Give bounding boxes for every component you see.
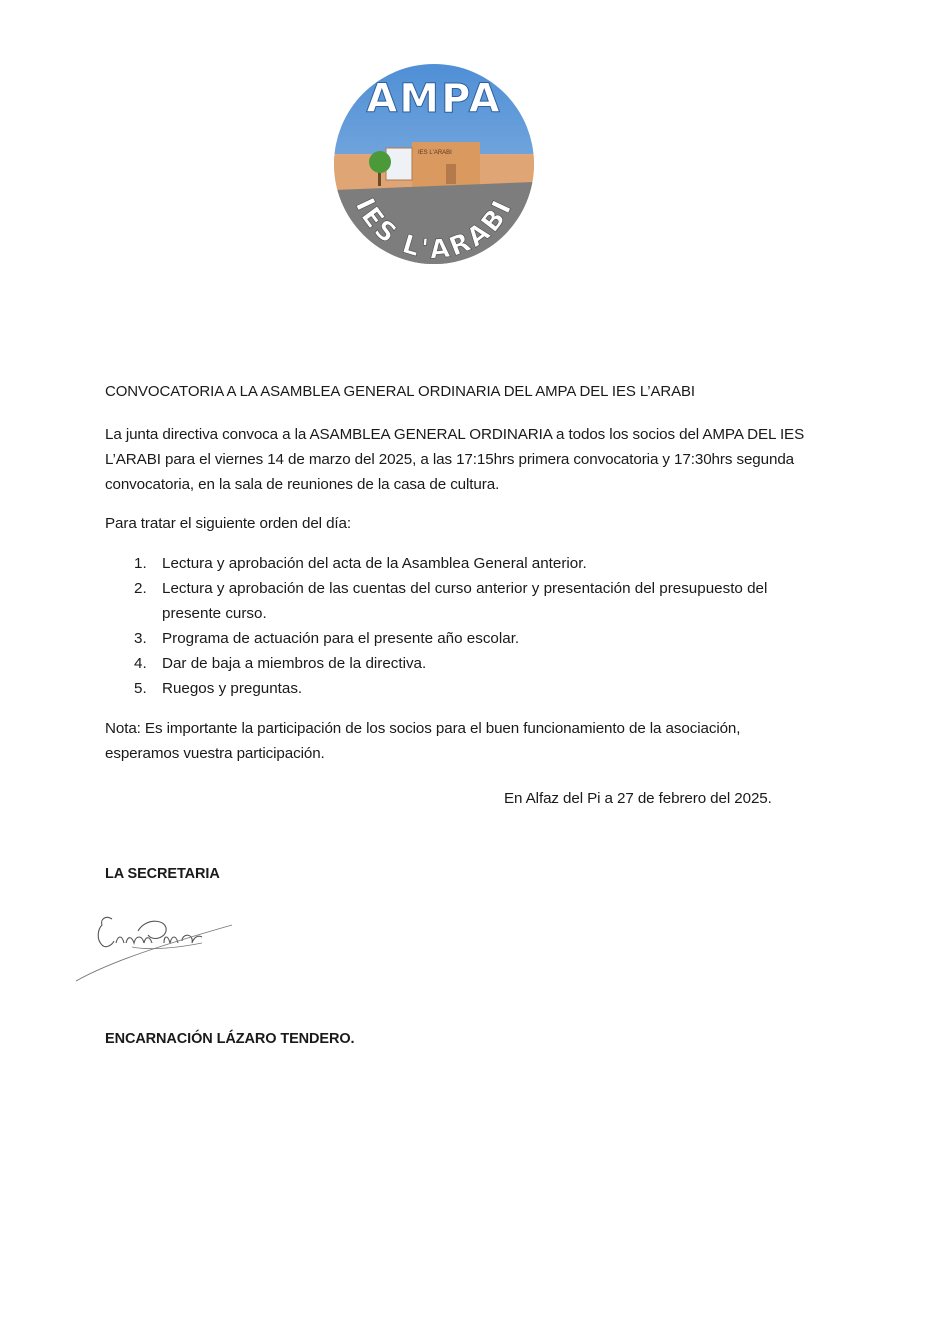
agenda-item: 4. Dar de baja a miembros de la directiv… <box>134 651 802 676</box>
logo-title: AMPA <box>366 76 501 122</box>
agenda-list: 1. Lectura y aprobación del acta de la A… <box>134 551 802 701</box>
agenda-item-text: Lectura y aprobación del acta de la Asam… <box>162 551 802 576</box>
school-building-illustration: IES L'ARABI AMPA IES L'ARABI <box>334 64 534 264</box>
intro-paragraph: La junta directiva convoca a la ASAMBLEA… <box>105 422 805 497</box>
agenda-item-text: Ruegos y preguntas. <box>162 676 802 701</box>
agenda-item-number: 5. <box>134 676 162 701</box>
agenda-item: 3. Programa de actuación para el present… <box>134 626 802 651</box>
agenda-intro: Para tratar el siguiente orden del día: <box>105 511 351 536</box>
agenda-item: 2. Lectura y aprobación de las cuentas d… <box>134 576 802 626</box>
agenda-item-number: 4. <box>134 651 162 676</box>
agenda-item-text: Programa de actuación para el presente a… <box>162 626 802 651</box>
agenda-item-number: 1. <box>134 551 162 576</box>
signer-name: ENCARNACIÓN LÁZARO TENDERO. <box>105 1027 354 1052</box>
agenda-item-text: Dar de baja a miembros de la directiva. <box>162 651 802 676</box>
signer-role: LA SECRETARIA <box>105 862 220 887</box>
ampa-logo: IES L'ARABI AMPA IES L'ARABI <box>334 64 534 264</box>
agenda-item-number: 3. <box>134 626 162 651</box>
place-date: En Alfaz del Pi a 27 de febrero del 2025… <box>504 786 772 811</box>
agenda-item-number: 2. <box>134 576 162 626</box>
agenda-item: 1. Lectura y aprobación del acta de la A… <box>134 551 802 576</box>
agenda-item-text: Lectura y aprobación de las cuentas del … <box>162 576 802 626</box>
note-paragraph: Nota: Es importante la participación de … <box>105 716 755 766</box>
svg-text:IES L'ARABI: IES L'ARABI <box>418 150 452 156</box>
document-title: CONVOCATORIA A LA ASAMBLEA GENERAL ORDIN… <box>105 379 695 404</box>
handwritten-signature <box>72 905 242 990</box>
agenda-item: 5. Ruegos y preguntas. <box>134 676 802 701</box>
